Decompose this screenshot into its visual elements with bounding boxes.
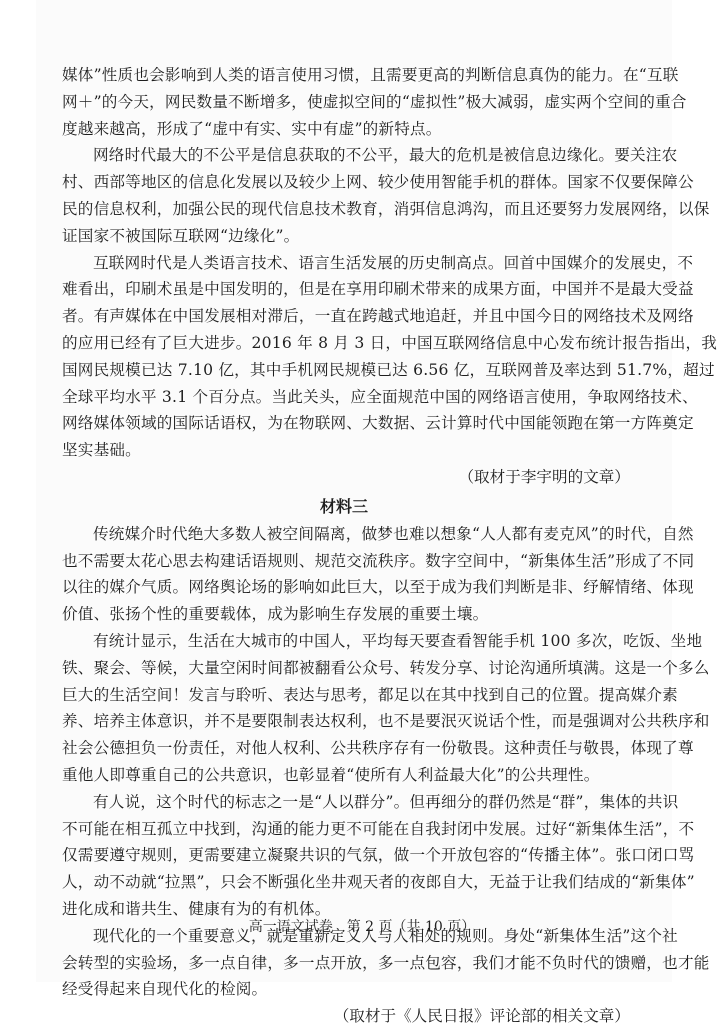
text-line: 村、西部等地区的信息化发展以及较少上网、较少使用智能手机的群体。国家不仅要保障公 xyxy=(62,169,634,196)
text-line: 也不需要太花心思去构建话语规则、规范交流秩序。数字空间中，“新集体生活”形成了不… xyxy=(62,548,634,575)
text-line: 传统媒介时代绝大多数人被空间隔离，做梦也难以想象“人人都有麦克风”的时代，自然 xyxy=(62,521,634,548)
section-title: 材料三 xyxy=(62,493,634,521)
page-footer: 高一语文试卷第 2 页（共 10 页） xyxy=(0,917,724,937)
paragraph: 网络时代最大的不公平是信息获取的不公平，最大的危机是被信息边缘化。要关注农 村、… xyxy=(62,142,634,249)
text-line: 的应用已经有了巨大进步。2016 年 8 月 3 日，中国互联网络信息中心发布统… xyxy=(62,330,634,357)
text-line: 媒体”性质也会影响到人类的语言使用习惯，且需要更高的判断信息真伪的能力。在“互联 xyxy=(62,62,634,89)
text-line: 网＋”的今天，网民数量不断增多，使虚拟空间的“虚拟性”极大减弱，虚实两个空间的重… xyxy=(62,89,634,116)
text-line: 网络时代最大的不公平是信息获取的不公平，最大的危机是被信息边缘化。要关注农 xyxy=(62,142,634,169)
source-citation: （取材于李宇明的文章） xyxy=(62,464,634,491)
text-line: 铁、聚会、等候，大量空闲时间都被翻看公众号、转发分享、讨论沟通所填满。这是一个多… xyxy=(62,655,634,682)
text-line: 坚实基础。 xyxy=(62,437,634,464)
source-citation: （取材于《人民日报》评论部的相关文章） xyxy=(62,1003,634,1024)
text-line: 有人说，这个时代的标志之一是“人以群分”。但再细分的群仍然是“群”，集体的共识 xyxy=(62,789,634,816)
paragraph: 媒体”性质也会影响到人类的语言使用习惯，且需要更高的判断信息真伪的能力。在“互联… xyxy=(62,62,634,142)
page-number: 第 2 页（共 10 页） xyxy=(347,919,476,935)
text-line: 经受得起来自现代化的检阅。 xyxy=(62,976,634,1003)
text-line: 民的信息权利，加强公民的现代信息技术教育，消弭信息鸿沟，而且还要努力发展网络，以… xyxy=(62,196,634,223)
text-line: 有统计显示，生活在大城市的中国人，平均每天要查看智能手机 100 多次，吃饭、坐… xyxy=(62,628,634,655)
text-line: 国网民规模已达 7.10 亿，其中手机网民规模已达 6.56 亿，互联网普及率达… xyxy=(62,357,634,384)
text-line: 度越来越高，形成了“虚中有实、实中有虚”的新特点。 xyxy=(62,116,634,143)
text-line: 全球平均水平 3.1 个百分点。当此关头，应全面规范中国的网络语言使用，争取网络… xyxy=(62,384,634,411)
paragraph: 有统计显示，生活在大城市的中国人，平均每天要查看智能手机 100 多次，吃饭、坐… xyxy=(62,628,634,789)
text-line: 社会公德担负一份责任，对他人权利、公共秩序存有一份敬畏。这种责任与敬畏，体现了尊 xyxy=(62,735,634,762)
text-line: 重他人即尊重自己的公共意识，也彰显着“使所有人利益最大化”的公共理性。 xyxy=(62,762,634,789)
text-line: 仅需要遵守规则，更需要建立凝聚共识的气氛，做一个开放包容的“传播主体”。张口闭口… xyxy=(62,842,634,869)
exam-title: 高一语文试卷 xyxy=(249,919,333,935)
text-line: 人，动不动就“拉黑”，只会不断强化坐井观天者的夜郎自大，无益于让我们结成的“新集… xyxy=(62,869,634,896)
text-line: 价值、张扬个性的重要载体，成为影响生存发展的重要土壤。 xyxy=(62,601,634,628)
text-line: 互联网时代是人类语言技术、语言生活发展的历史制高点。回首中国媒介的发展史，不 xyxy=(62,250,634,277)
text-line: 网络媒体领域的国际话语权，为在物联网、大数据、云计算时代中国能领跑在第一方阵奠定 xyxy=(62,410,634,437)
paragraph: 互联网时代是人类语言技术、语言生活发展的历史制高点。回首中国媒介的发展史，不 难… xyxy=(62,250,634,464)
text-line: 以往的媒介气质。网络舆论场的影响如此巨大，以至于成为我们判断是非、纾解情绪、体现 xyxy=(62,574,634,601)
paragraph: 传统媒介时代绝大多数人被空间隔离，做梦也难以想象“人人都有麦克风”的时代，自然 … xyxy=(62,521,634,628)
page-content: 媒体”性质也会影响到人类的语言使用习惯，且需要更高的判断信息真伪的能力。在“互联… xyxy=(62,62,634,1024)
text-line: 不可能在相互孤立中找到，沟通的能力更不可能在自我封闭中发展。过好“新集体生活”，… xyxy=(62,816,634,843)
text-line: 会转型的实验场，多一点自律，多一点开放，多一点包容，我们才能不负时代的馈赠，也才… xyxy=(62,950,634,977)
text-line: 巨大的生活空间！发言与聆听、表达与思考，都足以在其中找到自己的位置。提高媒介素 xyxy=(62,682,634,709)
text-line: 养、培养主体意识，并不是要限制表达权利，也不是要泯灭说话个性，而是强调对公共秩序… xyxy=(62,708,634,735)
text-line: 难看出，印刷术虽是中国发明的，但是在享用印刷术带来的成果方面，中国并不是最大受益 xyxy=(62,276,634,303)
text-line: 者。有声媒体在中国发展相对滞后，一直在跨越式地追赶，并且中国今日的网络技术及网络 xyxy=(62,303,634,330)
text-line: 证国家不被国际互联网“边缘化”。 xyxy=(62,223,634,250)
paragraph: 有人说，这个时代的标志之一是“人以群分”。但再细分的群仍然是“群”，集体的共识 … xyxy=(62,789,634,923)
